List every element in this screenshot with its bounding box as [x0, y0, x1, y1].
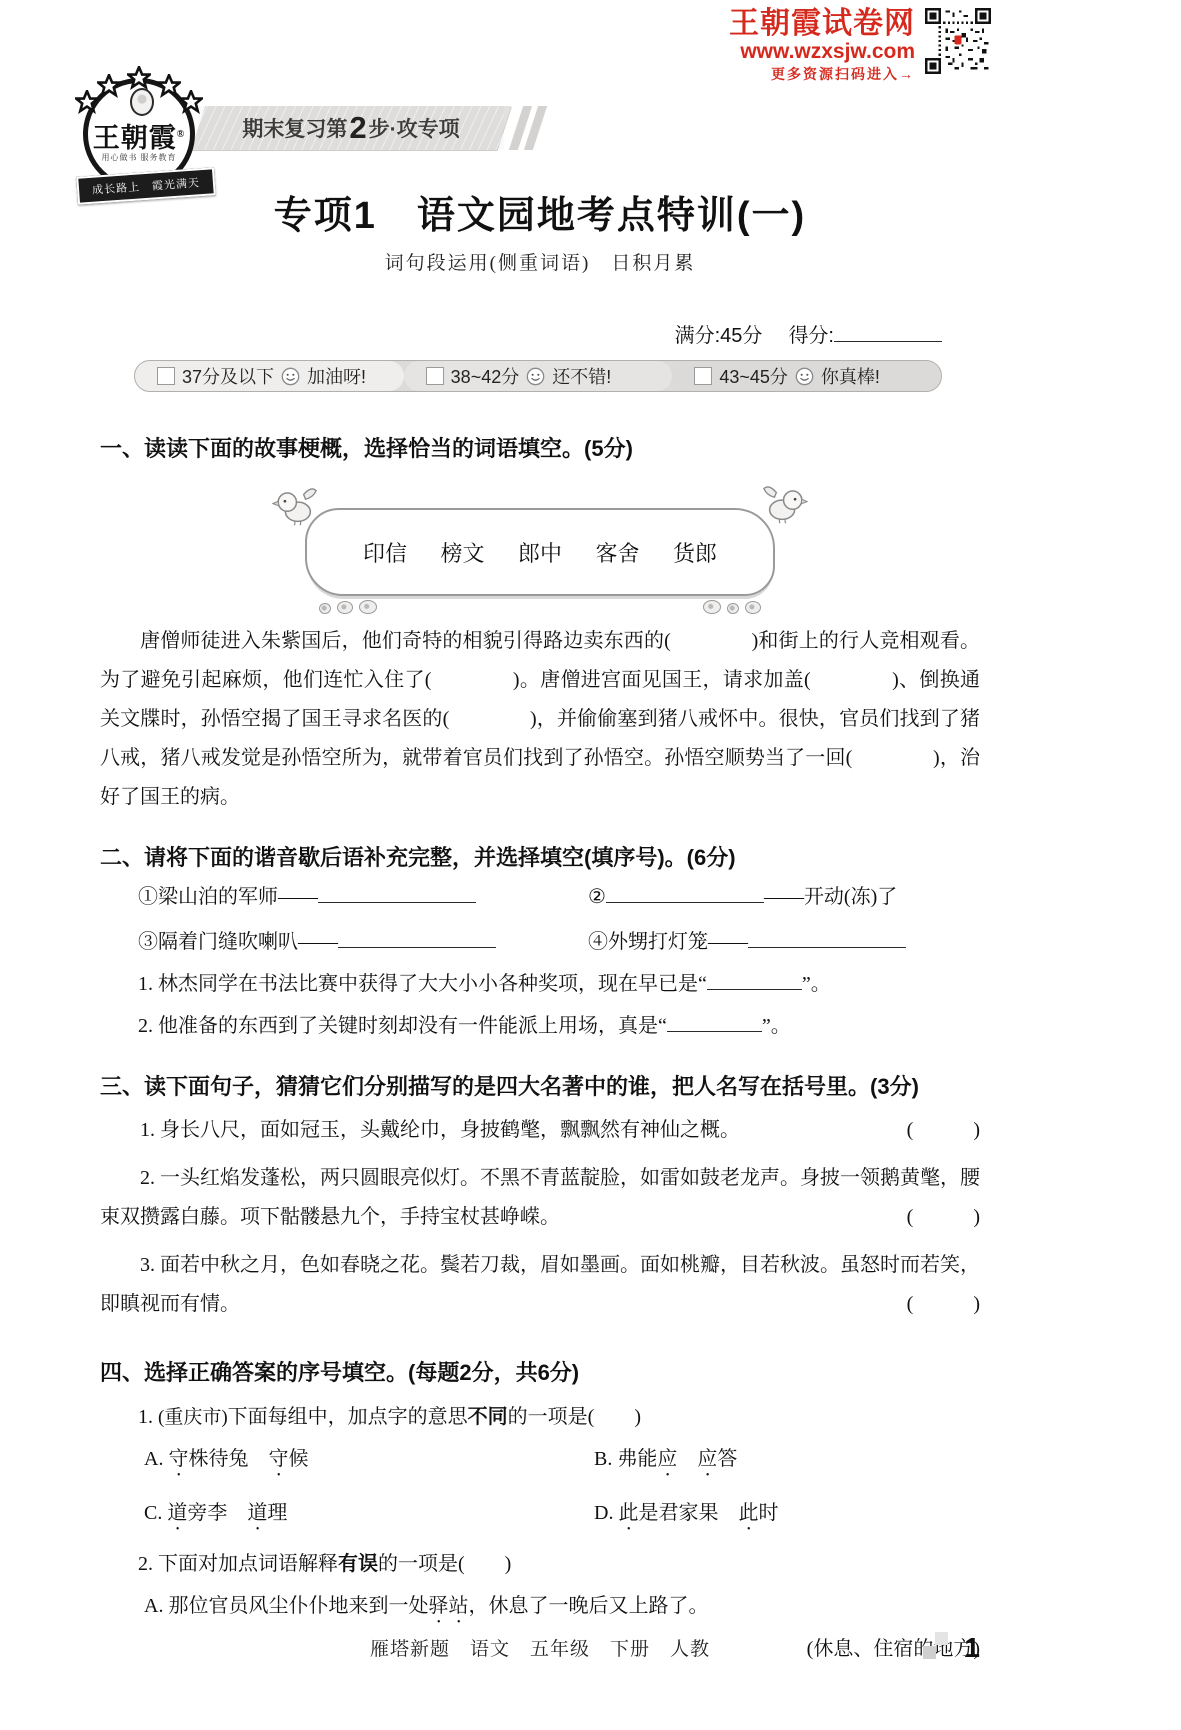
option-d: D. 此是君家果 此时 — [594, 1493, 980, 1535]
page-number: 1 — [964, 1632, 980, 1664]
star-icon — [157, 74, 181, 98]
full-score-label: 满分:45分 — [675, 325, 763, 347]
band-range: 38~42分 — [451, 363, 520, 389]
score-band-mid: 38~42分 还不错! — [404, 361, 673, 391]
fill-sentence-2: 2. 他准备的东西到了关键时刻却没有一件能派上用场，真是“”。 — [100, 1010, 980, 1042]
band-praise: 加油呀! — [307, 363, 366, 389]
name-answer-paren[interactable]: ( ) — [907, 1111, 980, 1150]
score-band-high: 43~45分 你真棒! — [672, 361, 941, 391]
section1-heading: 一、读读下面的故事梗概，选择恰当的词语填空。(5分) — [100, 434, 980, 464]
smiley-icon — [526, 367, 545, 386]
banner-text-pre: 期末复习第 — [242, 113, 347, 143]
answer-blank[interactable] — [748, 926, 906, 948]
qr-code — [925, 8, 991, 74]
band-range: 37分及以下 — [182, 363, 274, 389]
option-c: C. 道旁李 道理 — [144, 1493, 594, 1535]
brand-site-url: www.wzxsjw.com — [729, 40, 915, 64]
pebble-doodles — [319, 600, 377, 614]
word-bank-box: 印信 榜文 郎中 客舍 货郎 — [305, 508, 775, 596]
answer-blank[interactable] — [667, 1010, 762, 1032]
xiehouyu-grid: ①梁山泊的军师—— ②——开动(冻)了 ③隔着门缝吹喇叭—— ④外甥打灯笼—— — [100, 881, 980, 958]
description-item-2: 2. 一头红焰发蓬松，两只圆眼亮似灯。不黑不青蓝靛脸，如雷如鼓老龙声。身披一领鹅… — [100, 1159, 980, 1237]
brand-qr-caption: 更多资源扫码进入→ — [729, 64, 915, 84]
section2-heading: 二、请将下面的谐音歇后语补充完整，并选择填空(填序号)。(6分) — [100, 843, 980, 873]
checkbox[interactable] — [426, 367, 444, 385]
logo-name: 王朝霞® — [83, 116, 195, 155]
option-b: B. 弗能应 应答 — [594, 1439, 980, 1481]
checkbox[interactable] — [694, 367, 712, 385]
checkbox[interactable] — [157, 367, 175, 385]
square-decor — [935, 1632, 948, 1645]
option-a: A. 守株待兔 守候 — [144, 1439, 594, 1481]
pebble-doodles — [703, 600, 761, 614]
answer-blank[interactable] — [606, 881, 764, 903]
answer-blank[interactable] — [338, 926, 496, 948]
logo-tagline: 用心做书 服务教育 — [83, 152, 195, 163]
word-bank-item: 货郎 — [673, 541, 717, 566]
brand-block: 王朝霞试卷网 www.wzxsjw.com 更多资源扫码进入→ — [729, 8, 991, 84]
banner-step-number: 2 — [349, 110, 366, 146]
word-bank-item: 客舍 — [596, 541, 640, 566]
smiley-icon — [795, 367, 814, 386]
content-column: 专项1 语文园地考点特训(一) 词句段运用(侧重词语) 日积月累 满分:45分得… — [100, 192, 980, 1666]
description-item-1: 1. 身长八尺，面如冠玉，头戴纶巾，身披鹤氅，飘飘然有神仙之概。 ( ) — [100, 1111, 980, 1150]
bird-mascot-icon — [761, 482, 809, 526]
band-range: 43~45分 — [719, 363, 788, 389]
xiehouyu-item-3: ③隔着门缝吹喇叭—— — [138, 926, 588, 958]
section4-heading: 四、选择正确答案的序号填空。(每题2分，共6分) — [100, 1358, 980, 1388]
word-bank-item: 印信 — [363, 541, 407, 566]
score-line: 满分:45分得分: — [134, 319, 942, 348]
publisher-logo-badge: 王朝霞® 用心做书 服务教育 成长路上 霞光满天 — [83, 72, 207, 196]
description-item-3: 3. 面若中秋之月，色如春晓之花。鬓若刀裁，眉如墨画。面如桃瓣，目若秋波。虽怒时… — [100, 1246, 980, 1324]
footer-book-info: 雁塔新题 语文 五年级 下册 人教 — [100, 1630, 980, 1670]
portrait-icon — [130, 88, 154, 116]
score-band-bar: 37分及以下 加油呀! 38~42分 还不错! 43~45分 你真棒! — [134, 360, 942, 392]
xiehouyu-item-4: ④外甥打灯笼—— — [588, 926, 980, 958]
page-footer: 雁塔新题 语文 五年级 下册 人教 1 — [100, 1630, 980, 1676]
question-1-options: A. 守株待兔 守候 B. 弗能应 应答 C. 道旁李 道理 D. 此是君家果 … — [100, 1439, 980, 1535]
word-bank-item: 郎中 — [518, 541, 562, 566]
name-answer-paren[interactable]: ( ) — [907, 1198, 980, 1237]
xiehouyu-item-2: ②——开动(冻)了 — [588, 881, 980, 913]
star-icon — [75, 90, 99, 114]
exam-page: 王朝霞试卷网 www.wzxsjw.com 更多资源扫码进入→ — [0, 0, 1181, 1730]
star-icon — [127, 66, 151, 90]
score-blank[interactable] — [834, 320, 942, 342]
subtitle: 词句段运用(侧重词语) 日积月累 — [100, 248, 980, 275]
square-decor — [923, 1646, 936, 1659]
answer-blank[interactable] — [318, 881, 476, 903]
question-2-option-a: A. 那位官员风尘仆仆地来到一处驿站，休息了一晚后又上路了。 — [100, 1586, 980, 1628]
score-label: 得分: — [788, 325, 834, 347]
band-praise: 你真棒! — [821, 363, 880, 389]
brand-site-name: 王朝霞试卷网 — [729, 8, 915, 40]
banner-text-post: 步·攻专项 — [369, 113, 460, 143]
question-1-stem: 1. (重庆市)下面每组中，加点字的意思不同的一项是( ) — [100, 1398, 980, 1437]
word-bank-item: 榜文 — [440, 541, 484, 566]
score-band-low: 37分及以下 加油呀! — [135, 361, 404, 391]
band-praise: 还不错! — [552, 363, 611, 389]
question-2-stem: 2. 下面对加点词语解释有误的一项是( ) — [100, 1545, 980, 1584]
fill-sentence-1: 1. 林杰同学在书法比赛中获得了大大小小各种奖项，现在早已是“”。 — [100, 968, 980, 1000]
word-bank: 印信 榜文 郎中 客舍 货郎 — [305, 498, 775, 606]
page-title: 专项1 语文园地考点特训(一) — [100, 192, 980, 240]
section3-heading: 三、读下面句子，猜猜它们分别描写的是四大名著中的谁，把人名写在括号里。(3分) — [100, 1072, 980, 1102]
name-answer-paren[interactable]: ( ) — [907, 1285, 980, 1324]
star-icon — [179, 90, 203, 114]
story-paragraph: 唐僧师徒进入朱紫国后，他们奇特的相貌引得路边卖东西的( )和街上的行人竞相观看。… — [100, 622, 980, 817]
header-banner: 期末复习第2步·攻专项 — [191, 106, 511, 150]
answer-blank[interactable] — [707, 968, 802, 990]
smiley-icon — [281, 367, 300, 386]
registered-mark: ® — [177, 129, 185, 140]
star-icon — [97, 74, 121, 98]
xiehouyu-item-1: ①梁山泊的军师—— — [138, 881, 588, 913]
